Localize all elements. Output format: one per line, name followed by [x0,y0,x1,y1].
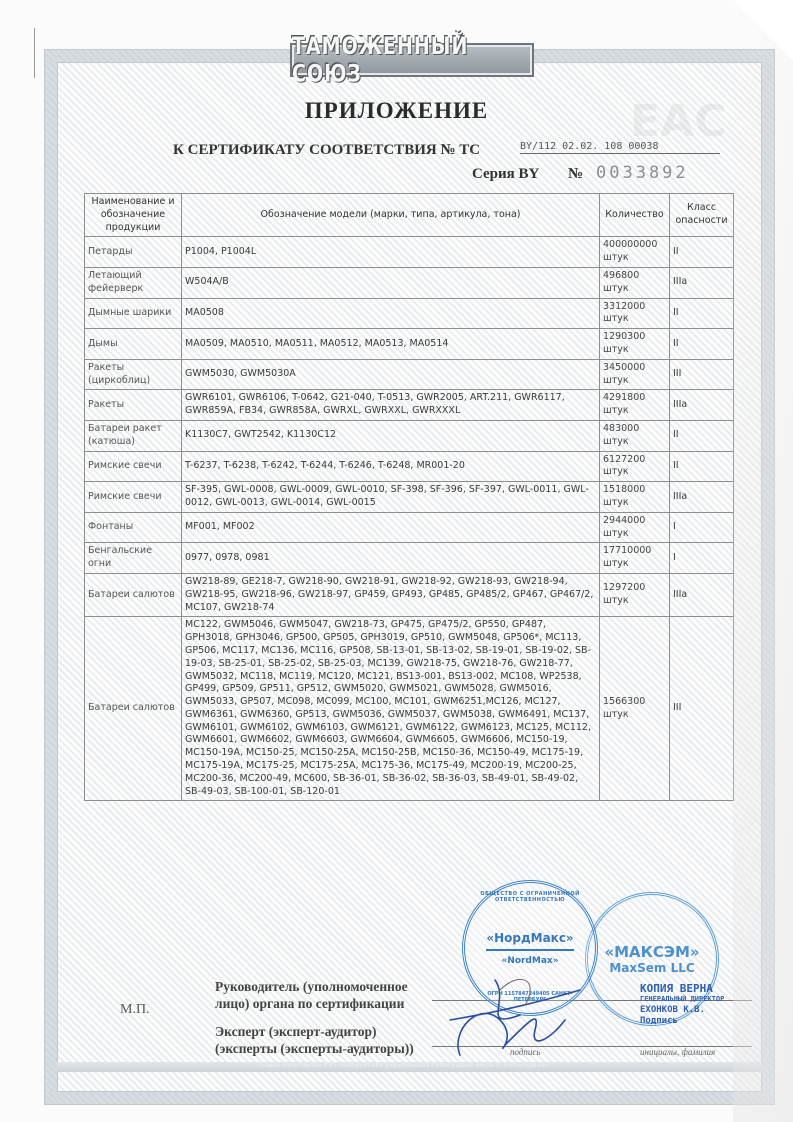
quantity-cell: 3450000 штук [600,359,670,390]
quantity-cell: 400000000 штук [600,237,670,268]
hazard-class-cell: II [670,298,734,329]
nordmax-name-ru: «НордМакс» [486,931,573,951]
product-name-cell: Батареи салютов [85,617,182,801]
page-title: ПРИЛОЖЕНИЕ [0,98,793,124]
copy-stamp-line-3: ЕХОНКОВ К.В. [640,1005,724,1016]
quantity-cell: 1290300 штук [600,329,670,360]
col-header-product: Наименование и обозначение продукции [85,194,182,237]
copy-stamp-line-1: КОПИЯ ВЕРНА [640,983,724,994]
initials-caption: инициалы, фамилия [640,1047,715,1057]
expert-signatory-label: Эксперт (эксперт-аудитор) (эксперты (экс… [215,1023,414,1057]
table-body: ПетардыP1004, P1004L400000000 штукIIЛета… [85,237,734,801]
copy-stamp-line-4: Подпись [640,1016,724,1027]
model-list-cell: W504A/B [182,267,600,298]
hazard-class-cell: II [670,329,734,360]
table-row: Батареи салютовMC122, GWM5046, GWM5047, … [85,617,734,801]
product-name-cell: Бенгальские огни [85,543,182,574]
quantity-cell: 483000 штук [600,420,670,451]
head-label-line-1: Руководитель (уполномоченное [215,978,408,995]
quantity-cell: 17710000 штук [600,543,670,574]
product-name-cell: Римские свечи [85,482,182,513]
expert-label-line-2: (эксперты (эксперты-аудиторы)) [215,1040,414,1057]
products-table: Наименование и обозначение продукции Обо… [84,193,734,801]
table-header-row: Наименование и обозначение продукции Обо… [85,194,734,237]
hazard-class-cell: IIIa [670,267,734,298]
col-header-quantity: Количество [600,194,670,237]
product-name-cell: Римские свечи [85,451,182,482]
expert-label-line-1: Эксперт (эксперт-аудитор) [215,1023,414,1040]
hazard-class-cell: III [670,359,734,390]
nordmax-ring-bottom: ОГРН 1157847249405 САНКТ-ПЕТЕРБУРГ [480,991,580,1003]
head-signatory-label: Руководитель (уполномоченное лицо) орган… [215,978,408,1012]
product-name-cell: Ракеты (циркоблиц) [85,359,182,390]
hazard-class-cell: I [670,543,734,574]
folded-corner [733,0,793,60]
series-label: Серия BY [472,166,539,183]
product-name-cell: Батареи ракет (катюша) [85,420,182,451]
banner-text: ТАМОЖЕННЫЙ СОЮЗ [292,33,532,88]
table-row: Ракеты (циркоблиц)GWM5030, GWM5030A34500… [85,359,734,390]
table-row: Бенгальские огни0977, 0978, 098117710000… [85,543,734,574]
model-list-cell: MA0509, MA0510, MA0511, MA0512, MA0513, … [182,329,600,360]
hazard-class-cell: IIIa [670,390,734,421]
col-header-model: Обозначение модели (марки, типа, артикул… [182,194,600,237]
head-label-line-2: лицо) органа по сертификации [215,995,408,1012]
hazard-class-cell: IIIa [670,482,734,513]
printer-note: Бланк изготовлен РУП «Бобруйская укрупнё… [260,1062,549,1069]
model-list-cell: GW218-89, GE218-7, GW218-90, GW218-91, G… [182,573,600,616]
product-name-cell: Фонтаны [85,512,182,543]
table-row: Римские свечиSF-395, GWL-0008, GWL-0009,… [85,482,734,513]
table-row: Летающий фейерверкW504A/B496800 штукIIIa [85,267,734,298]
quantity-cell: 1297200 штук [600,573,670,616]
model-list-cell: MC122, GWM5046, GWM5047, GW218-73, GP475… [182,617,600,801]
maxsem-name-ru: «МАКСЭМ» [604,943,699,961]
model-list-cell: P1004, P1004L [182,237,600,268]
model-list-cell: GWM5030, GWM5030A [182,359,600,390]
seal-place-label: М.П. [120,1002,150,1018]
quantity-cell: 2944000 штук [600,512,670,543]
model-list-cell: 0977, 0978, 0981 [182,543,600,574]
quantity-cell: 3312000 штук [600,298,670,329]
copy-certified-stamp: КОПИЯ ВЕРНА ГЕНЕРАЛЬНЫЙ ДИРЕКТОР ЕХОНКОВ… [640,983,724,1027]
table-row: ПетардыP1004, P1004L400000000 штукII [85,237,734,268]
hazard-class-cell: I [670,512,734,543]
product-name-cell: Дымы [85,329,182,360]
product-name-cell: Дымные шарики [85,298,182,329]
model-list-cell: MF001, MF002 [182,512,600,543]
hazard-class-cell: II [670,420,734,451]
customs-union-banner: ТАМОЖЕННЫЙ СОЮЗ [290,43,534,77]
quantity-cell: 6127200 штук [600,451,670,482]
table-row: Батареи салютовGW218-89, GE218-7, GW218-… [85,573,734,616]
hazard-class-cell: IIIa [670,573,734,616]
product-name-cell: Ракеты [85,390,182,421]
certificate-subtitle: К СЕРТИФИКАТУ СООТВЕТСТВИЯ № ТС [173,142,480,159]
number-sign: № [568,166,583,183]
model-list-cell: T-6237, T-6238, T-6242, T-6244, T-6246, … [182,451,600,482]
table-row: ДымыMA0509, MA0510, MA0511, MA0512, MA05… [85,329,734,360]
quantity-cell: 496800 штук [600,267,670,298]
nordmax-name-en: «NordMax» [501,956,558,966]
series-number: 0033892 [596,163,689,183]
model-list-cell: K1130C7, GWT2542, K1130C12 [182,420,600,451]
quantity-cell: 1518000 штук [600,482,670,513]
table-row: Батареи ракет (катюша)K1130C7, GWT2542, … [85,420,734,451]
product-name-cell: Летающий фейерверк [85,267,182,298]
certificate-number: BY/112 02.02. 108 00038 [520,141,720,154]
table-row: ФонтаныMF001, MF0022944000 штукI [85,512,734,543]
col-header-hazard-class: Класс опасности [670,194,734,237]
quantity-cell: 4291800 штук [600,390,670,421]
nordmax-ring-top: ОБЩЕСТВО С ОГРАНИЧЕННОЙ ОТВЕТСТВЕННОСТЬЮ [475,891,585,903]
quantity-cell: 1566300 штук [600,617,670,801]
copy-stamp-line-2: ГЕНЕРАЛЬНЫЙ ДИРЕКТОР [640,994,724,1005]
table-row: Римские свечиT-6237, T-6238, T-6242, T-6… [85,451,734,482]
model-list-cell: MA0508 [182,298,600,329]
model-list-cell: SF-395, GWL-0008, GWL-0009, GWL-0010, SF… [182,482,600,513]
signature-caption: подпись [510,1047,541,1057]
hazard-class-cell: II [670,237,734,268]
nordmax-stamp: ОБЩЕСТВО С ОГРАНИЧЕННОЙ ОТВЕТСТВЕННОСТЬЮ… [462,880,598,1016]
table-row: Дымные шарикиMA05083312000 штукII [85,298,734,329]
hazard-class-cell: III [670,617,734,801]
table-row: РакетыGWR6101, GWR6106, T-0642, G21-040,… [85,390,734,421]
model-list-cell: GWR6101, GWR6106, T-0642, G21-040, T-051… [182,390,600,421]
product-name-cell: Петарды [85,237,182,268]
product-name-cell: Батареи салютов [85,573,182,616]
scan-edge-mark [34,28,35,78]
hazard-class-cell: II [670,451,734,482]
maxsem-name-en: MaxSem LLC [609,961,694,975]
